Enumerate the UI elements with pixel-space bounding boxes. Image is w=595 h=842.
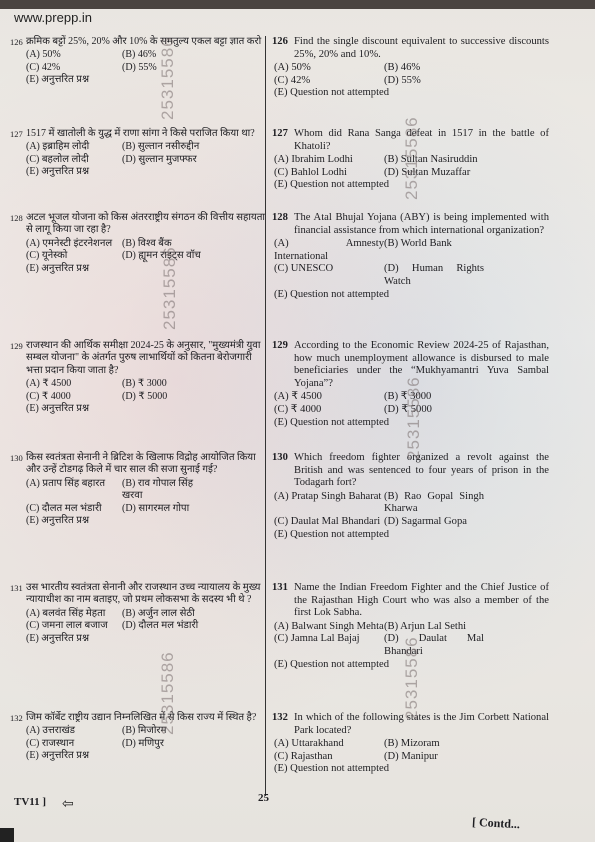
question-number: 132 xyxy=(272,712,288,725)
option-c: (C) Jamna Lal Bajaj xyxy=(274,633,384,658)
option-c: (C) यूनेस्को xyxy=(26,250,122,262)
question-number: 130 xyxy=(272,452,288,465)
option-b: (B) ₹ 3000 xyxy=(384,391,484,404)
question-stem: जिम कॉर्बेट राष्ट्रीय उद्यान निम्नलिखित … xyxy=(26,712,266,724)
option-a: (A) प्रताप सिंह बहारत xyxy=(26,478,122,503)
option-d: (D) ₹ 5000 xyxy=(384,404,484,417)
option-d: (D) सुल्तान मुजफ्फर xyxy=(122,154,202,166)
question-stem: Find the single discount equivalent to s… xyxy=(294,36,549,61)
option-e: (E) अनुत्तरित प्रश्न xyxy=(26,515,202,527)
option-a: (A) 50% xyxy=(26,49,122,61)
options-list: (A) 50%(B) 46%(C) 42%(D) 55%(E) अनुत्तरि… xyxy=(26,49,266,86)
scan-corner xyxy=(0,828,14,842)
question-block: 130Which freedom fighter organized a rev… xyxy=(272,452,549,541)
page-number: 25 xyxy=(258,792,269,804)
roll-number-watermark: 25315586 xyxy=(402,636,422,720)
option-e: (E) अनुत्तरित प्रश्न xyxy=(26,750,202,762)
option-d: (D) 55% xyxy=(384,75,484,88)
question-stem: अटल भूजल योजना को किस अंतरराष्ट्रीय संगठ… xyxy=(26,212,266,237)
back-arrow-icon: ⇦ xyxy=(62,796,74,813)
question-block: 130किस स्वतंत्रता सेनानी ने ब्रिटिश के ख… xyxy=(10,452,266,527)
options-list: (A) Pratap Singh Baharat(B) Rao Gopal Si… xyxy=(274,491,529,541)
scan-edge xyxy=(0,0,595,9)
question-number: 130 xyxy=(10,452,23,464)
question-block: 128The Atal Bhujal Yojana (ABY) is being… xyxy=(272,212,549,301)
option-a: (A) एमनेस्टी इंटरनेशनल xyxy=(26,238,122,250)
option-a: (A) Balwant Singh Mehta xyxy=(274,621,384,634)
options-list: (A) बलवंत सिंह मेहता(B) अर्जुन लाल सेठी(… xyxy=(26,608,266,645)
roll-number-watermark: 25315586 xyxy=(158,651,178,735)
option-a: (A) ₹ 4500 xyxy=(274,391,384,404)
option-e: (E) अनुत्तरित प्रश्न xyxy=(26,403,202,415)
option-d: (D) दौलत मल भंडारी xyxy=(122,620,202,632)
question-block: 132जिम कॉर्बेट राष्ट्रीय उद्यान निम्नलिख… xyxy=(10,712,266,763)
option-e: (E) अनुत्तरित प्रश्न xyxy=(26,633,202,645)
question-block: 132In which of the following states is t… xyxy=(272,712,549,776)
options-list: (A) एमनेस्टी इंटरनेशनल(B) विश्व बैंक(C) … xyxy=(26,238,266,275)
option-c: (C) ₹ 4000 xyxy=(26,391,122,403)
option-e: (E) Question not attempted xyxy=(274,763,484,776)
option-c: (C) राजस्थान xyxy=(26,738,122,750)
question-stem: The Atal Bhujal Yojana (ABY) is being im… xyxy=(294,212,549,237)
option-b: (B) ₹ 3000 xyxy=(122,378,202,390)
roll-number-watermark: 25315586 xyxy=(158,36,178,120)
question-stem: क्रमिक बट्टों 25%, 20% और 10% के समतुल्य… xyxy=(26,36,266,48)
option-c: (C) 42% xyxy=(274,75,384,88)
options-list: (A) उत्तराखंड(B) मिजोरम(C) राजस्थान(D) म… xyxy=(26,725,266,762)
options-list: (A) प्रताप सिंह बहारत(B) राव गोपाल सिंह … xyxy=(26,478,266,528)
option-e: (E) Question not attempted xyxy=(274,289,484,302)
option-d: (D) Manipur xyxy=(384,751,484,764)
question-number: 131 xyxy=(10,582,23,594)
option-b: (B) सुल्तान नसीरुद्दीन xyxy=(122,141,202,153)
roll-number-watermark: 25315586 xyxy=(402,116,422,200)
option-d: (D) सागरमल गोपा xyxy=(122,503,202,515)
option-b: (B) World Bank xyxy=(384,238,484,263)
option-a: (A) 50% xyxy=(274,62,384,75)
continued-label: [ Contd... xyxy=(472,815,521,832)
question-number: 128 xyxy=(10,212,23,224)
options-list: (A) इब्राहिम लोदी(B) सुल्तान नसीरुद्दीन(… xyxy=(26,141,266,178)
roll-number-watermark: 25315586 xyxy=(404,376,424,460)
question-stem: Name the Indian Freedom Fighter and the … xyxy=(294,582,549,620)
option-b: (B) Sultan Nasiruddin xyxy=(384,154,484,167)
question-stem: 1517 में खातोली के युद्ध में राणा सांगा … xyxy=(26,128,266,140)
question-number: 132 xyxy=(10,712,23,724)
options-list: (A) ₹ 4500(B) ₹ 3000(C) ₹ 4000(D) ₹ 5000… xyxy=(26,378,266,415)
options-list: (A) Amnesty International(B) World Bank(… xyxy=(274,238,529,301)
option-a: (A) Amnesty International xyxy=(274,238,384,263)
question-block: 1271517 में खातोली के युद्ध में राणा सां… xyxy=(10,128,266,179)
option-b: (B) Rao Gopal Singh Kharwa xyxy=(384,491,484,516)
option-c: (C) जमना लाल बजाज xyxy=(26,620,122,632)
option-b: (B) 46% xyxy=(384,62,484,75)
roll-number-watermark: 25315586 xyxy=(160,246,180,330)
option-e: (E) Question not attempted xyxy=(274,659,484,672)
option-c: (C) Rajasthan xyxy=(274,751,384,764)
question-number: 127 xyxy=(272,128,288,141)
option-b: (B) Arjun Lal Sethi xyxy=(384,621,484,634)
option-a: (A) Pratap Singh Baharat xyxy=(274,491,384,516)
option-a: (A) Ibrahim Lodhi xyxy=(274,154,384,167)
options-list: (A) Uttarakhand(B) Mizoram(C) Rajasthan(… xyxy=(274,738,529,776)
option-c: (C) UNESCO xyxy=(274,263,384,288)
option-d: (D) मणिपुर xyxy=(122,738,202,750)
option-c: (C) दौलत मल भंडारी xyxy=(26,503,122,515)
option-d: (D) Sultan Muzaffar xyxy=(384,167,484,180)
option-c: (C) बहलोल लोदी xyxy=(26,154,122,166)
question-number: 131 xyxy=(272,582,288,595)
option-e: (E) Question not attempted xyxy=(274,417,484,430)
option-d: (D) ₹ 5000 xyxy=(122,391,202,403)
booklet-code: TV11 ] xyxy=(14,796,46,808)
option-b: (B) Mizoram xyxy=(384,738,484,751)
option-b: (B) अर्जुन लाल सेठी xyxy=(122,608,202,620)
option-a: (A) ₹ 4500 xyxy=(26,378,122,390)
option-a: (A) उत्तराखंड xyxy=(26,725,122,737)
option-c: (C) Bahlol Lodhi xyxy=(274,167,384,180)
option-e: (E) Question not attempted xyxy=(274,529,484,542)
question-block: 131उस भारतीय स्वतंत्रता सेनानी और राजस्थ… xyxy=(10,582,266,645)
option-a: (A) इब्राहिम लोदी xyxy=(26,141,122,153)
question-number: 127 xyxy=(10,128,23,140)
option-c: (C) ₹ 4000 xyxy=(274,404,384,417)
option-e: (E) Question not attempted xyxy=(274,179,484,192)
option-e: (E) अनुत्तरित प्रश्न xyxy=(26,166,202,178)
options-list: (A) 50%(B) 46%(C) 42%(D) 55%(E) Question… xyxy=(274,62,529,100)
question-stem: राजस्थान की आर्थिक समीक्षा 2024-25 के अन… xyxy=(26,340,266,377)
question-number: 128 xyxy=(272,212,288,225)
question-number: 129 xyxy=(272,340,288,353)
option-d: (D) Daulat Mal Bhandari xyxy=(384,633,484,658)
option-a: (A) Uttarakhand xyxy=(274,738,384,751)
question-block: 128अटल भूजल योजना को किस अंतरराष्ट्रीय स… xyxy=(10,212,266,275)
option-d: (D) Sagarmal Gopa xyxy=(384,516,484,529)
option-e: (E) Question not attempted xyxy=(274,87,484,100)
option-a: (A) बलवंत सिंह मेहता xyxy=(26,608,122,620)
question-stem: किस स्वतंत्रता सेनानी ने ब्रिटिश के खिला… xyxy=(26,452,266,477)
option-c: (C) 42% xyxy=(26,62,122,74)
question-block: 129राजस्थान की आर्थिक समीक्षा 2024-25 के… xyxy=(10,340,266,415)
question-number: 129 xyxy=(10,340,23,352)
question-block: 126Find the single discount equivalent t… xyxy=(272,36,549,100)
question-stem: उस भारतीय स्वतंत्रता सेनानी और राजस्थान … xyxy=(26,582,266,607)
options-list: (A) ₹ 4500(B) ₹ 3000(C) ₹ 4000(D) ₹ 5000… xyxy=(274,391,529,429)
option-c: (C) Daulat Mal Bhandari xyxy=(274,516,384,529)
option-d: (D) Human Rights Watch xyxy=(384,263,484,288)
site-url: www.prepp.in xyxy=(14,10,92,25)
question-number: 126 xyxy=(272,36,288,49)
question-number: 126 xyxy=(10,36,23,48)
option-b: (B) राव गोपाल सिंह खरवा xyxy=(122,478,202,503)
question-block: 126क्रमिक बट्टों 25%, 20% और 10% के समतु… xyxy=(10,36,266,87)
